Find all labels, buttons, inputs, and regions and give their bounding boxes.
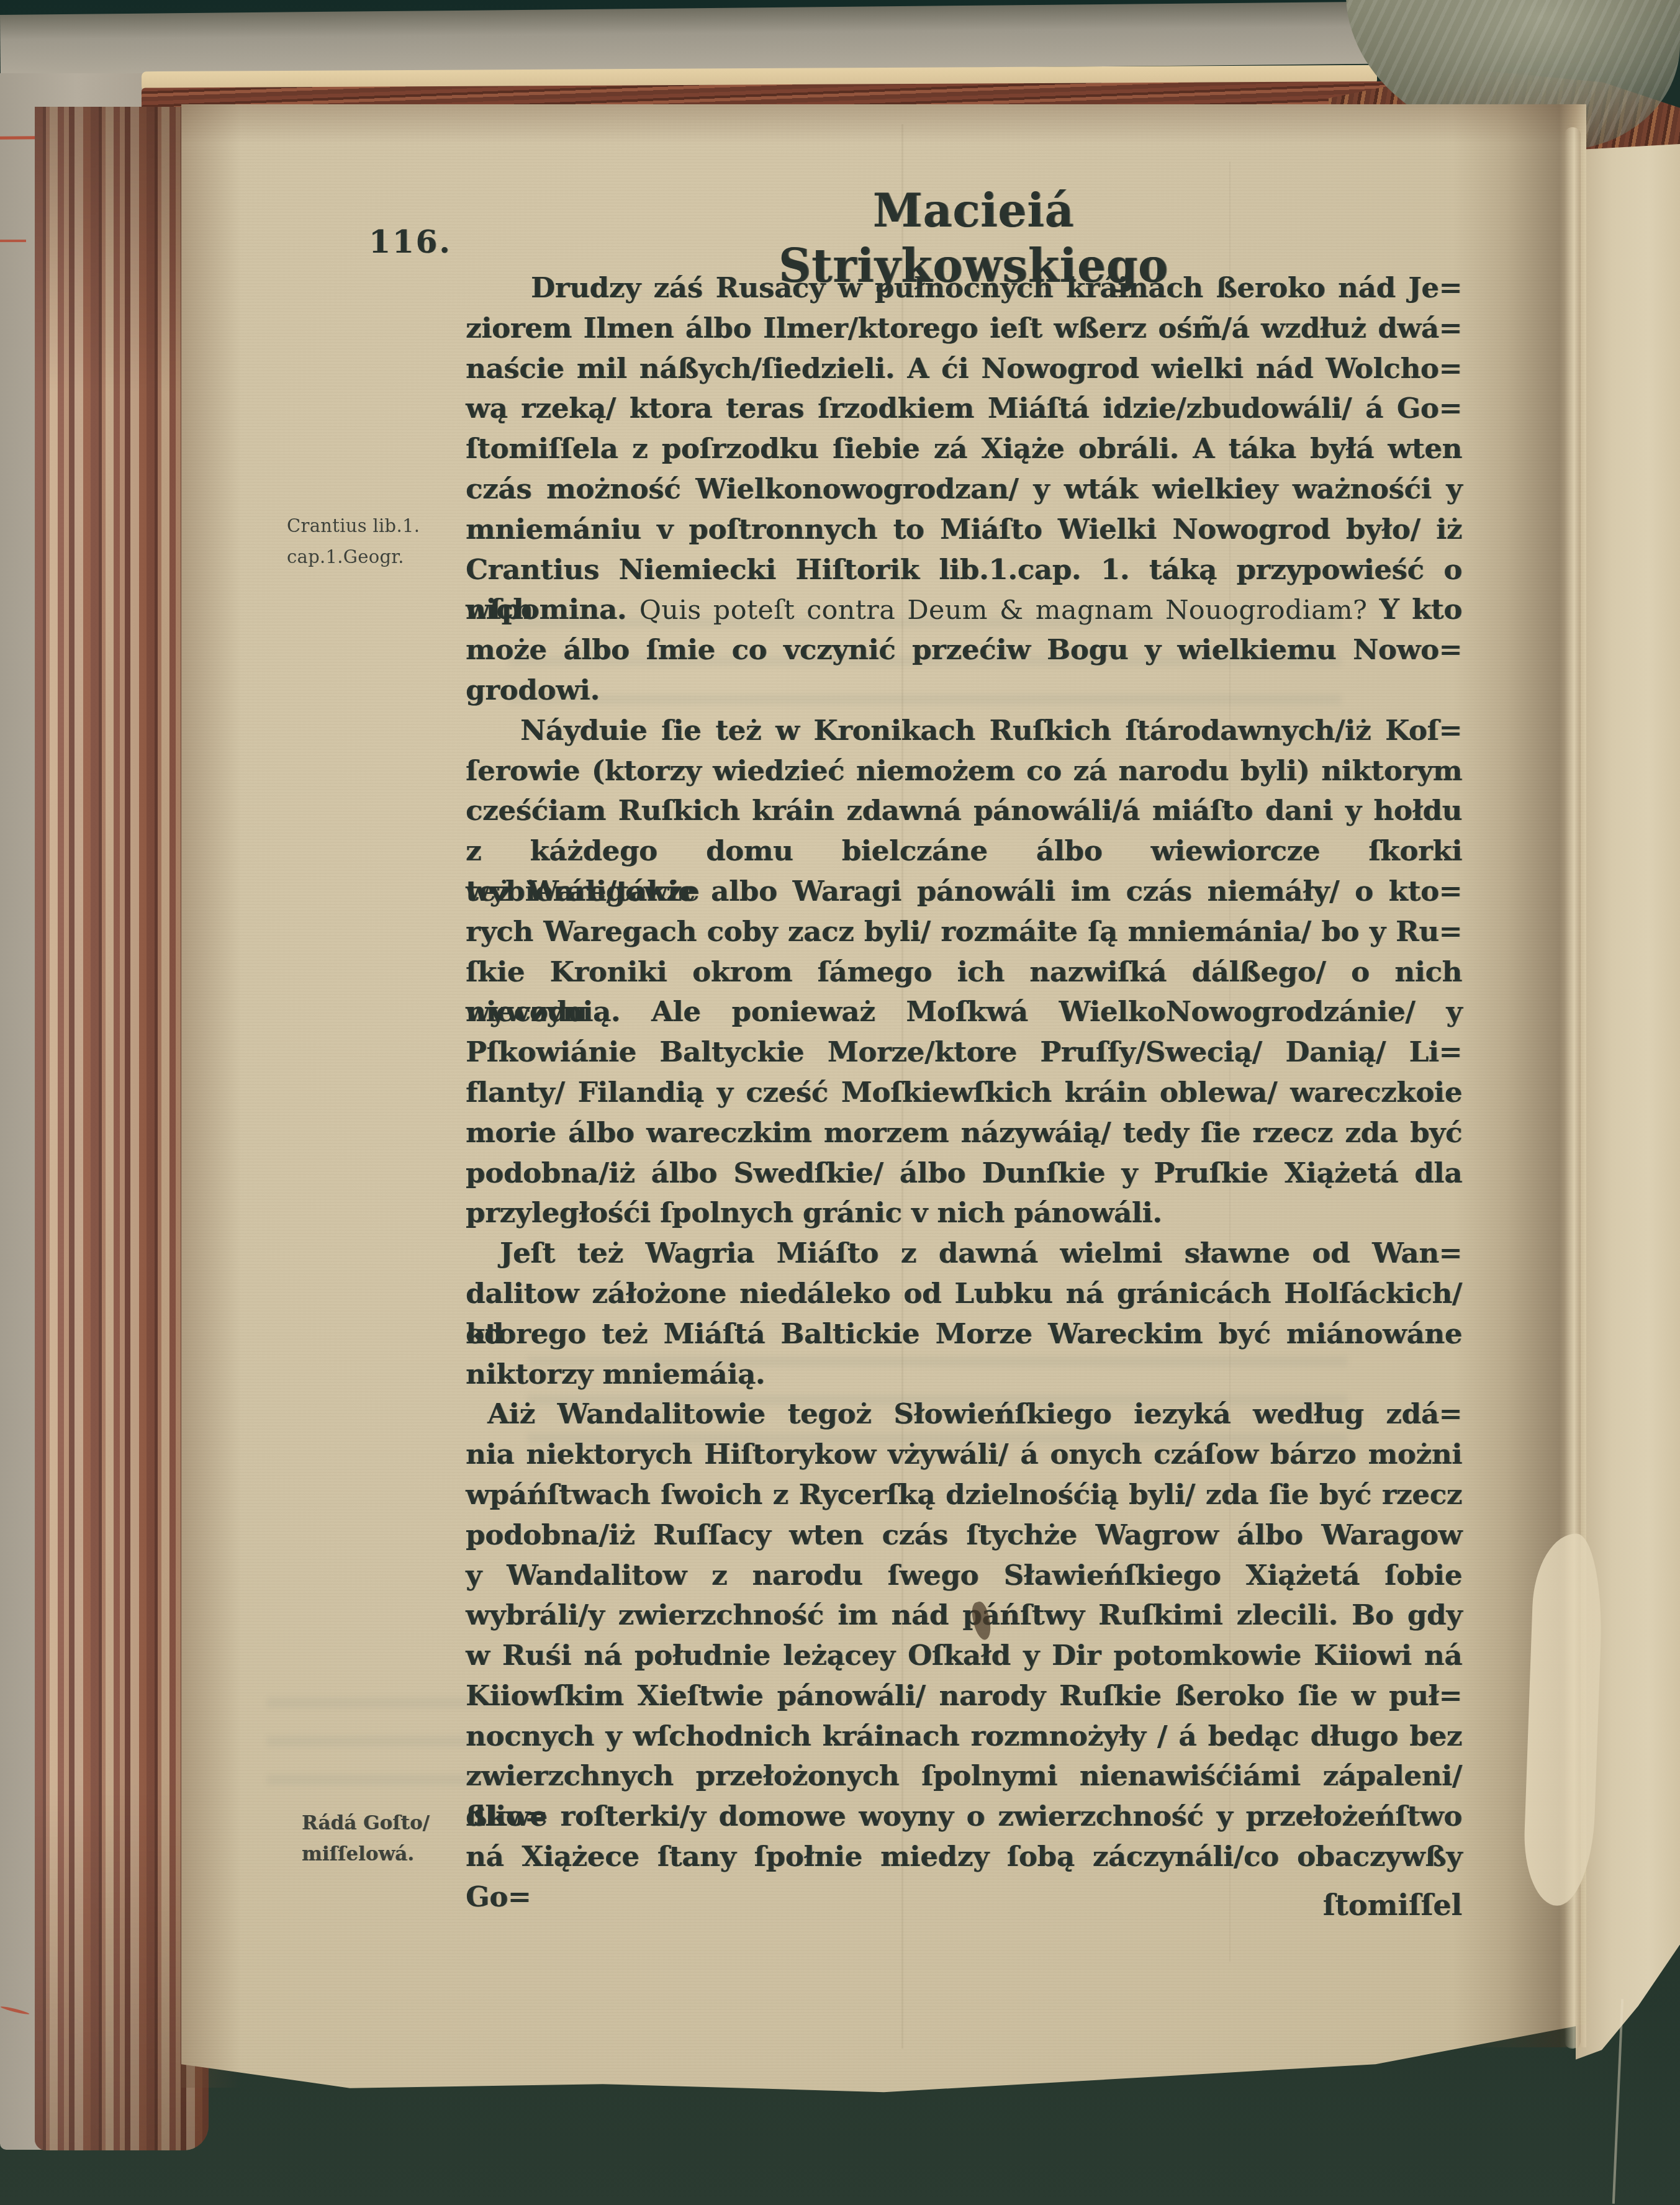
text-line: wybráli/y zwierzchność im nád páńſtwy Ru…: [466, 1595, 1462, 1636]
text-line: grodowi.: [466, 670, 1462, 711]
margin-note-line: Rádá Goſto/: [302, 1808, 488, 1839]
text-line: naście mil náßych/ſiedzieli. A ći Nowogr…: [466, 349, 1462, 389]
latin-quote: Quis poteſt contra Deum & magnam Nouogro…: [639, 595, 1380, 626]
text-line: w Ruśi ná południe leżącey Oſkałd y Dir …: [466, 1636, 1462, 1676]
text-line: wpáńſtwach ſwoich z Rycerſką dzielnośćią…: [466, 1475, 1462, 1515]
text-line: y Wandalitow z narodu ſwego Sławieńſkieg…: [466, 1556, 1462, 1596]
text-line: Pſkowiánie Baltyckie Morze/ktore Pruſſy/…: [466, 1032, 1462, 1073]
book-scan: 116. Macieiá Striykowskiego Drudzy záś R…: [0, 0, 1680, 2205]
text-line: mniemániu v poſtronnych to Miáſto Wielki…: [466, 510, 1462, 550]
text-line: nocnych y wſchodnich kráinach rozmnożyły…: [466, 1716, 1462, 1757]
text-line: dliwe roſterki/y domowe woyny o zwierzch…: [466, 1797, 1462, 1837]
page-shading: [181, 104, 1586, 144]
text-line: wą rzeką/ ktora teras ſrzodkiem Miáſtá i…: [466, 389, 1462, 429]
text-line: z káżdego domu bielczáne álbo wiewiorcze…: [466, 831, 1462, 872]
text-line: podobna/iż álbo Swedſkie/ álbo Dunſkie y…: [466, 1153, 1462, 1194]
blackletter-fragment: wſpomina.: [466, 593, 639, 626]
text-line: nia niektorych Hiſtorykow vżywáli/ á ony…: [466, 1435, 1462, 1475]
text-line: ſkie Kroniki okrom ſámego ich nazwiſká d…: [466, 952, 1462, 993]
text-line: Náyduie ſie też w Kronikach Ruſkich ſtár…: [466, 711, 1462, 751]
text-line: może álbo ſmie co vczynić przećiw Bogu y…: [466, 630, 1462, 670]
catchword: ſtomiſſel: [1055, 1888, 1462, 1922]
text-line: Jeſt też Wagria Miáſto z dawná wielmi sł…: [466, 1233, 1462, 1274]
margin-note-crantius: Crantius lib.1. cap.1.Geogr.: [287, 510, 473, 572]
text-line: ziorem Ilmen álbo Ilmer/ktorego ieſt wße…: [466, 309, 1462, 349]
text-line: cześćiam Ruſkich kráin zdawná pánowáli/á…: [466, 791, 1462, 831]
text-line: morie álbo wareczkim morzem názywáią/ te…: [466, 1113, 1462, 1153]
margin-note-rada: Rádá Goſto/ miſſelowá.: [302, 1808, 488, 1870]
text-line-mixed: wſpomina. Quis poteſt contra Deum & magn…: [466, 590, 1462, 630]
text-line: ſtomiſſela z poſrzodku ſiebie zá Xiąże o…: [466, 429, 1462, 469]
text-line: zwierzchnych przełożonych ſpolnymi niena…: [466, 1756, 1462, 1797]
ruled-red-line: [0, 240, 26, 242]
page-number: 116.: [369, 223, 452, 260]
text-line: niktorzy mniemáią.: [466, 1355, 1462, 1395]
text-line: ná Xiążece ſtany ſpołnie miedzy ſobą zác…: [466, 1837, 1462, 1877]
text-line: rych Waregach coby zacz byli/ rozmáite ſ…: [466, 912, 1462, 952]
margin-note-line: Crantius lib.1.: [287, 510, 473, 541]
text-line: przyległośći ſpolnych gránic v nich páno…: [466, 1193, 1462, 1233]
text-line: nieczynią. Ale ponieważ Moſkwá WielkoNow…: [466, 992, 1462, 1032]
page-shading: [181, 104, 241, 2088]
blackletter-fragment: Y kto: [1380, 593, 1463, 626]
body-text: Drudzy záś Rusacy w pułnocnych kráinach …: [466, 268, 1462, 1877]
text-line: Drudzy záś Rusacy w pułnocnych kráinach …: [466, 268, 1462, 309]
text-line: flanty/ Filandią y cześć Moſkiewſkich kr…: [466, 1073, 1462, 1113]
text-line: ſerowie (ktorzy wiedzieć niemożem co zá …: [466, 751, 1462, 791]
text-line: ktorego też Miáſtá Baltickie Morze Warec…: [466, 1314, 1462, 1355]
text-line: czás możność Wielkonowogrodzan/ y wták w…: [466, 469, 1462, 510]
text-line: podobna/iż Ruſſacy wten czás ſtychże Wag…: [466, 1515, 1462, 1556]
margin-note-line: miſſelowá.: [302, 1839, 488, 1870]
text-line: Kiiowſkim Xieſtwie pánowáli/ narody Ruſk…: [466, 1676, 1462, 1716]
text-line: Crantius Niemiecki Hiſtorik lib.1.cap. 1…: [466, 550, 1462, 590]
text-line: też Waregowie albo Waragi pánowáli im cz…: [466, 872, 1462, 912]
margin-note-line: cap.1.Geogr.: [287, 541, 473, 572]
text-line: dalitow záłożone niedáleko od Lubku ná g…: [466, 1274, 1462, 1314]
text-line: Aiż Wandalitowie tegoż Słowieńſkiego iez…: [466, 1394, 1462, 1435]
